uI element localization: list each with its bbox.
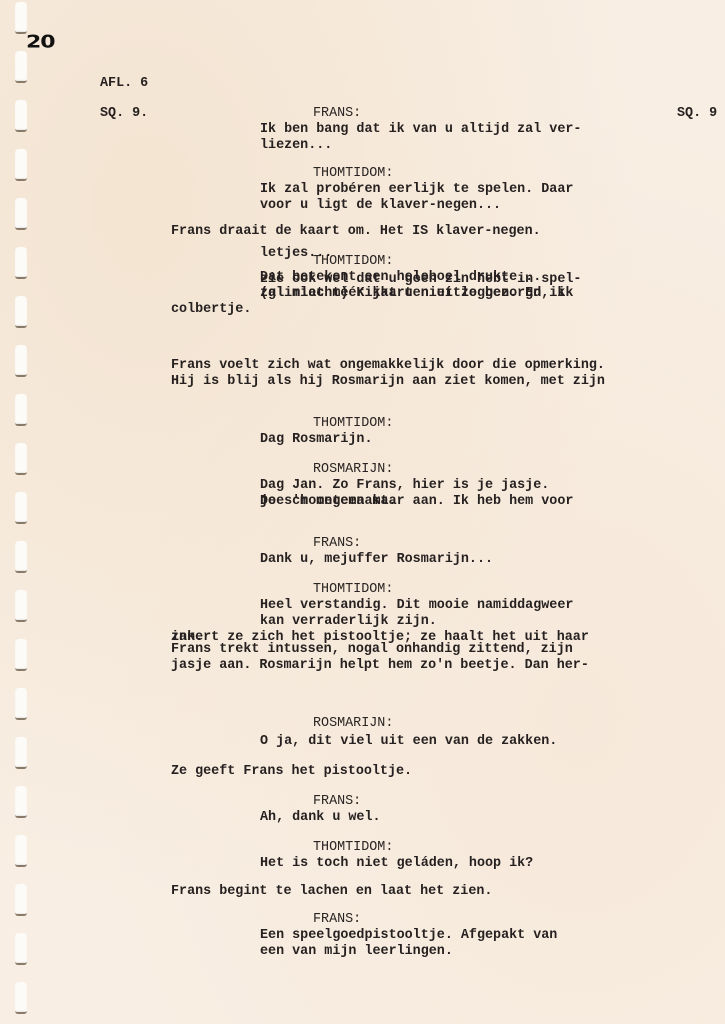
dialogue-line: zie ook wel dat u geen zin hebt in spel- xyxy=(260,272,581,288)
character-name: THOMTIDOM: xyxy=(313,166,393,182)
action-line: jasje aan. Rosmarijn helpt hem zo'n beet… xyxy=(171,658,589,674)
dialogue-line: Een speelgoedpistooltje. Afgepakt van xyxy=(260,928,557,944)
character-name: THOMTIDOM: xyxy=(313,582,393,598)
action-line: zak. xyxy=(171,630,203,646)
binding-hole xyxy=(15,590,27,622)
action-line: colbertje. xyxy=(171,302,251,318)
dialogue-line: Heel verstandig. Dit mooie namiddagweer xyxy=(260,598,573,614)
binding-hole xyxy=(15,933,27,965)
action-line: innert ze zich het pistooltje; ze haalt … xyxy=(171,630,589,646)
binding-hole xyxy=(15,51,27,83)
scene-label-left: SQ. 9. xyxy=(100,106,148,122)
binding-hole xyxy=(15,688,27,720)
dialogue-line: je schoongemaakt. xyxy=(260,494,397,510)
binding-hole xyxy=(15,982,27,1014)
character-name: THOMTIDOM: xyxy=(313,416,393,432)
dialogue-line: Dank u, mejuffer Rosmarijn... xyxy=(260,552,493,568)
binding-hole xyxy=(15,198,27,230)
action-line: Hij is blij als hij Rosmarijn aan ziet k… xyxy=(171,374,605,390)
action-line: Frans draait de kaart om. Het IS klaver-… xyxy=(171,224,541,240)
dialogue-line: liezen... xyxy=(260,138,332,154)
dialogue-line: Ik zal probéren eerlijk te spelen. Daar xyxy=(260,182,573,198)
character-name: FRANS: xyxy=(313,536,361,552)
binding-hole xyxy=(15,149,27,181)
action-line: Frans voelt zich wat ongemakkelijk door … xyxy=(171,358,605,374)
dialogue-line: letjes... xyxy=(260,246,332,262)
character-name: ROSMARIJN: xyxy=(313,462,393,478)
character-name: FRANS: xyxy=(313,106,361,122)
character-name: FRANS: xyxy=(313,794,361,810)
binding-hole xyxy=(15,835,27,867)
binding-hole xyxy=(15,737,27,769)
binding-hole xyxy=(15,541,27,573)
binding-hole xyxy=(15,2,27,34)
character-name: THOMTIDOM: xyxy=(313,840,393,856)
handwritten-page-number: 20 xyxy=(26,33,55,53)
character-name: FRANS: xyxy=(313,912,361,928)
action-line: Ze geeft Frans het pistooltje. xyxy=(171,764,412,780)
dialogue-line: Dag Jan. Zo Frans, hier is je jasje. xyxy=(260,478,549,494)
action-line: Frans begint te lachen en laat het zien. xyxy=(171,884,492,900)
character-name: ROSMARIJN: xyxy=(313,716,393,732)
scene-label-right: SQ. 9 xyxy=(677,106,717,122)
binding-hole xyxy=(15,100,27,132)
binding-hole xyxy=(15,247,27,279)
binding-hole xyxy=(15,394,27,426)
dialogue-line: Ah, dank u wel. xyxy=(260,810,381,826)
binding-hole xyxy=(15,296,27,328)
dialogue-line: zal niet méér kaarten uitleggen. En ik xyxy=(260,286,565,302)
dialogue-line: Dag Rosmarijn. xyxy=(260,432,373,448)
dialogue-line: O ja, dit viel uit een van de zakken. xyxy=(260,734,557,750)
binding-hole xyxy=(15,786,27,818)
dialogue-line: Het is toch niet geláden, hoop ik? xyxy=(260,856,533,872)
dialogue-line: een van mijn leerlingen. xyxy=(260,944,453,960)
dialogue-line: kan verraderlijk zijn. xyxy=(260,614,437,630)
binding-hole xyxy=(15,639,27,671)
binding-hole xyxy=(15,492,27,524)
episode-label: AFL. 6 xyxy=(100,76,148,92)
dialogue-line: Ik ben bang dat ik van u altijd zal ver- xyxy=(260,122,581,138)
dialogue-line: voor u ligt de klaver-negen... xyxy=(260,198,501,214)
binding-hole xyxy=(15,443,27,475)
binding-hole xyxy=(15,345,27,377)
binding-hole xyxy=(15,884,27,916)
